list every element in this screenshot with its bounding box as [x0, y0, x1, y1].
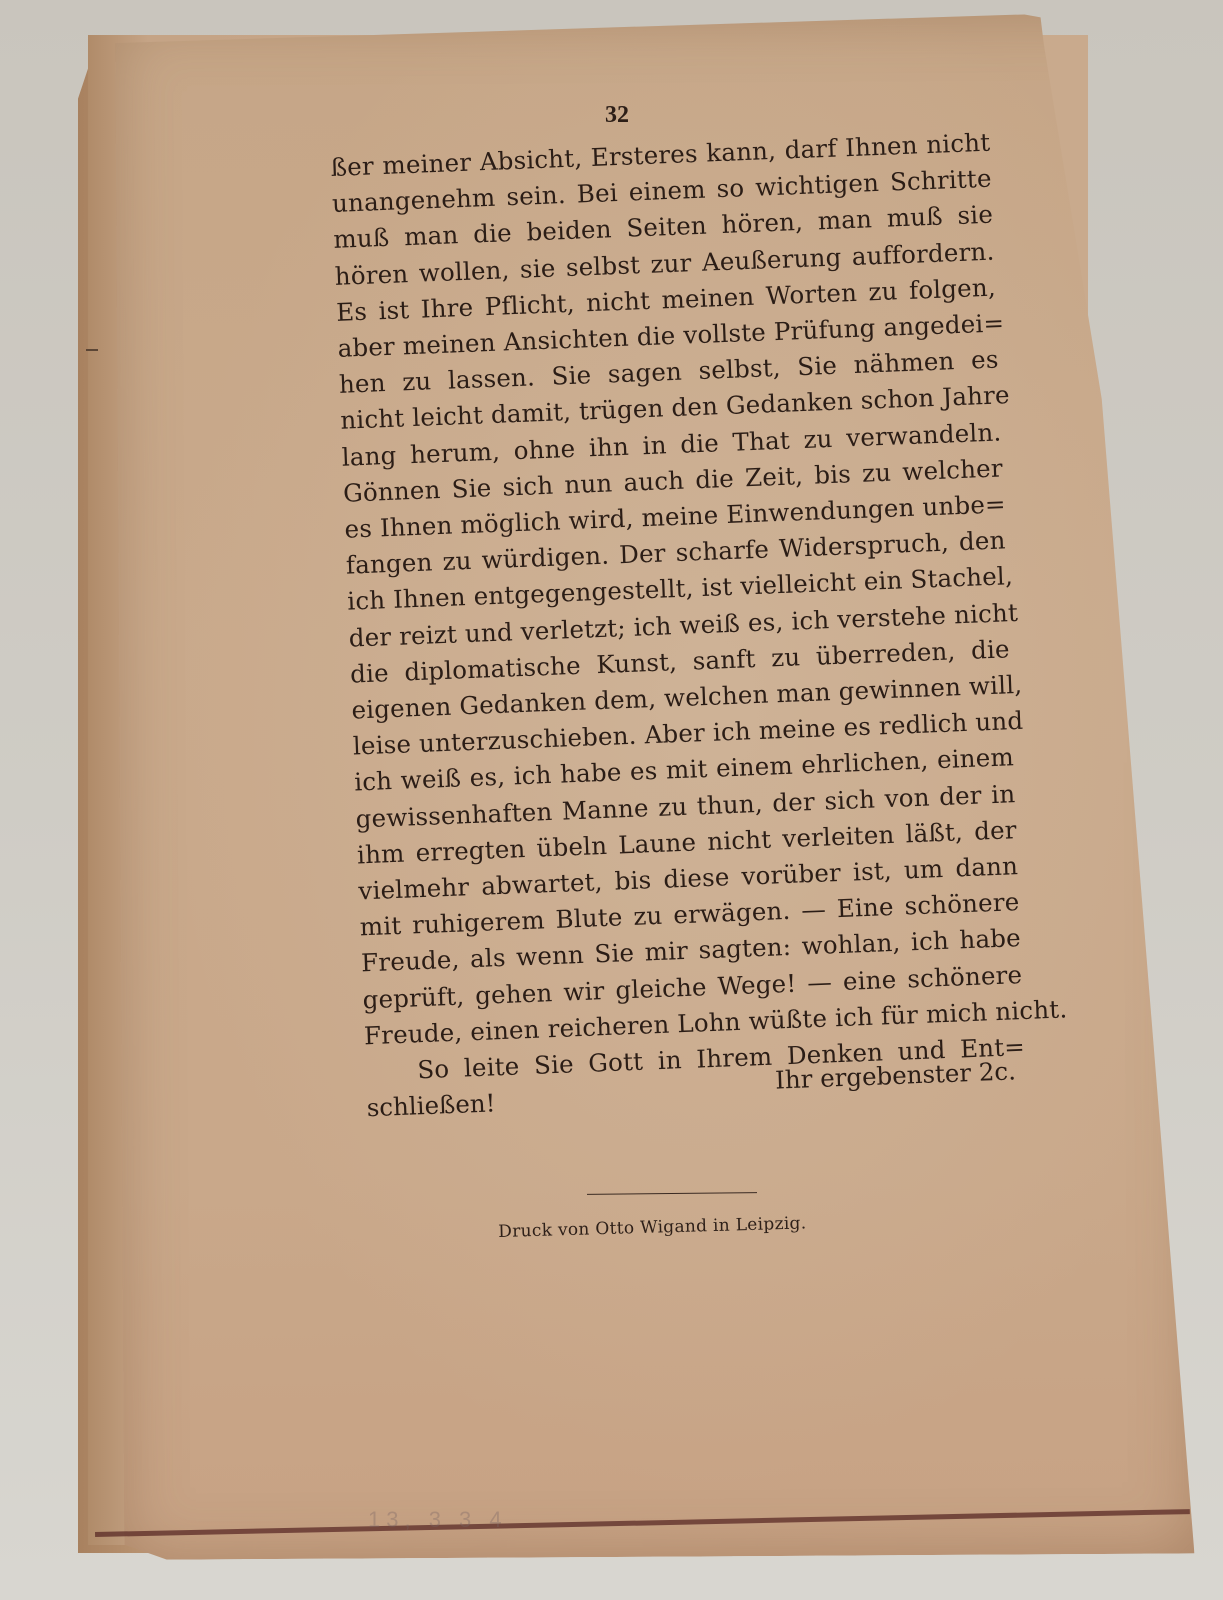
pencil-annotation: 13, 3 3 4 [368, 1507, 508, 1533]
page-number: 32 [605, 102, 629, 129]
body-text: ßer meiner Absicht, Ersteres kann, darf … [330, 125, 1027, 1127]
margin-mark [86, 349, 98, 351]
closing-end: schließen! [366, 1086, 496, 1127]
